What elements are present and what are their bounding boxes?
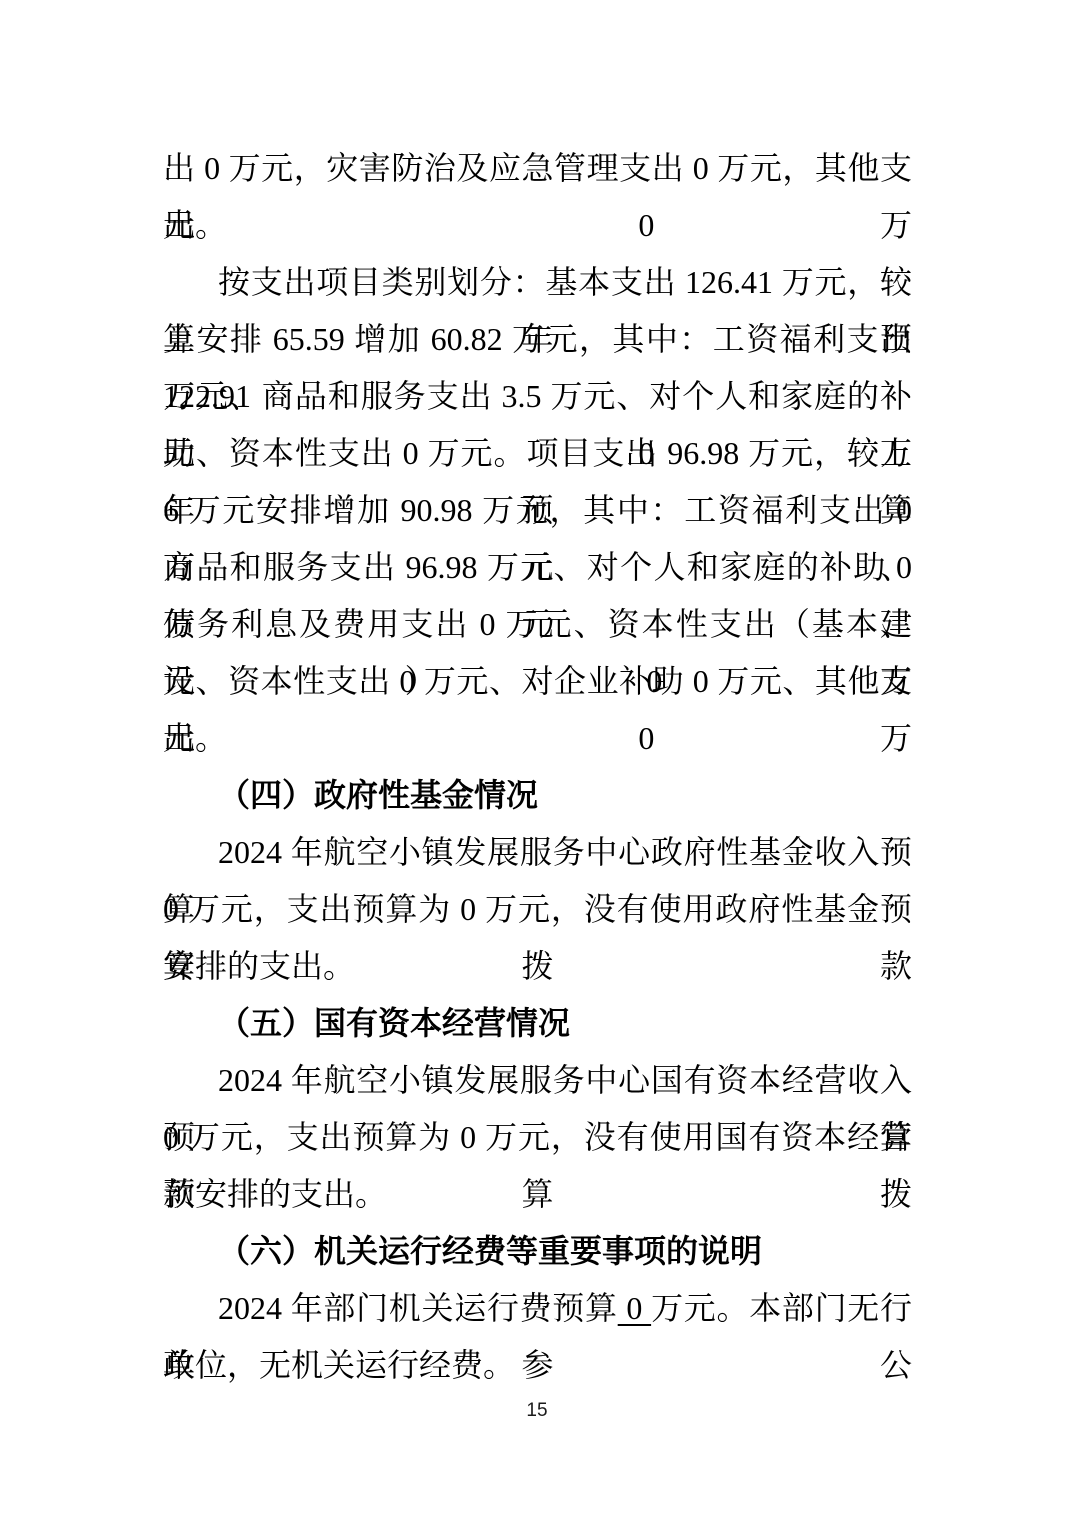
text-line: 债务利息及费用支出 0 万元、资本性支出（基本建设）0 万 — [163, 596, 912, 653]
text-line: 0 万元，支出预算为 0 万元，没有使用政府性基金预算拨款 — [163, 881, 912, 938]
text-line: 出 0 万元，灾害防治及应急管理支出 0 万元，其他支出 0 万 — [163, 140, 912, 197]
text-line: 元、资本性支出 0 万元、对企业补助 0 万元、其他支出 0 万 — [163, 653, 912, 710]
page-body: 出 0 万元，灾害防治及应急管理支出 0 万元，其他支出 0 万 元。 按支出项… — [163, 140, 912, 1394]
text-line: 0 万元，支出预算为 0 万元，没有使用国有资本经营预算拨 — [163, 1109, 912, 1166]
text-line: 商品和服务支出 96.98 万元、对个人和家庭的补助 0 万元、 — [163, 539, 912, 596]
underlined-value: 0 — [618, 1290, 651, 1326]
text-line: 万元、商品和服务支出 3.5 万元、对个人和家庭的补助 0 万 — [163, 368, 912, 425]
text-line: 2024 年航空小镇发展服务中心国有资本经营收入预算 — [163, 1052, 912, 1109]
text-line: 6 万元安排增加 90.98 万元，其中：工资福利支出 0 万元、 — [163, 482, 912, 539]
text-line: 元、资本性支出 0 万元。项目支出 96.98 万元，较上年预算 — [163, 425, 912, 482]
text-run: 2024 年部门机关运行费预算 — [218, 1290, 618, 1326]
text-line: 2024 年部门机关运行费预算 0 万元。本部门无行政参公 — [163, 1280, 912, 1337]
text-line: 2024 年航空小镇发展服务中心政府性基金收入预算 — [163, 824, 912, 881]
section-heading-state-capital: （五）国有资本经营情况 — [163, 995, 912, 1052]
text-line: 按支出项目类别划分：基本支出 126.41 万元，较上年预 — [163, 254, 912, 311]
document-page: 出 0 万元，灾害防治及应急管理支出 0 万元，其他支出 0 万 元。 按支出项… — [0, 0, 1074, 1520]
section-heading-government-funds: （四）政府性基金情况 — [163, 767, 912, 824]
section-heading-operating-expenses: （六）机关运行经费等重要事项的说明 — [163, 1223, 912, 1280]
text-line: 算安排 65.59 增加 60.82 万元，其中：工资福利支出 122.91 — [163, 311, 912, 368]
page-number: 15 — [0, 1400, 1074, 1422]
